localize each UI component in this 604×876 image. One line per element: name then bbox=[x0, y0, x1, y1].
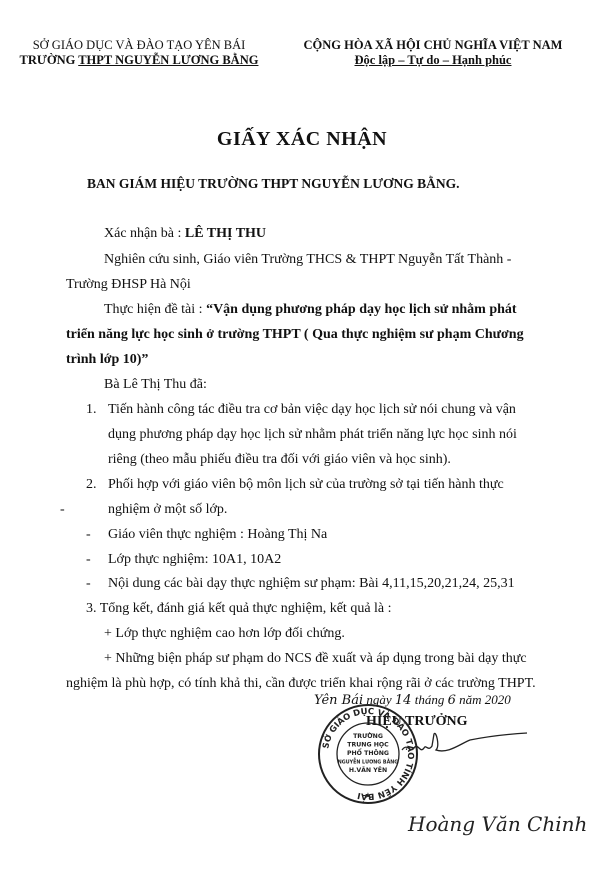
result-2-continued: nghiệm là phù hợp, có tính khả thi, cần … bbox=[66, 675, 536, 693]
topic-line-2: triển năng lực học sinh ở trường THPT ( … bbox=[66, 326, 524, 344]
header-left: SỞ GIÁO DỤC VÀ ĐÀO TẠO YÊN BÁI TRƯỜNG TH… bbox=[8, 38, 270, 68]
svg-text:NGUYỄN LƯƠNG BẰNG: NGUYỄN LƯƠNG BẰNG bbox=[338, 758, 399, 766]
topic-title-part-1: “Vận dụng phương pháp dạy học lịch sử nh… bbox=[206, 302, 517, 317]
svg-text:TRUNG HỌC: TRUNG HỌC bbox=[347, 742, 389, 749]
country-name: CỘNG HÒA XÃ HỘI CHỦ NGHĨA VIỆT NAM bbox=[268, 38, 598, 53]
department-name: SỞ GIÁO DỤC VÀ ĐÀO TẠO YÊN BÁI bbox=[8, 38, 270, 53]
item-2-line-1: Phối hợp với giáo viên bộ môn lịch sử củ… bbox=[108, 476, 504, 494]
bullet-dash: - bbox=[86, 526, 91, 544]
school-name: TRƯỜNG THPT NGUYỄN LƯƠNG BẰNG bbox=[8, 53, 270, 68]
signer-name-handwritten: Hoàng Văn Chinh bbox=[408, 812, 587, 836]
topic-line-1: Thực hiện đề tài : “Vận dụng phương pháp… bbox=[104, 301, 517, 319]
affiliation-line-1: Nghiên cứu sinh, Giáo viên Trường THCS &… bbox=[104, 251, 511, 269]
issuer: BAN GIÁM HIỆU TRƯỜNG THPT NGUYỄN LƯƠNG B… bbox=[87, 176, 460, 192]
svg-text:TRƯỜNG: TRƯỜNG bbox=[353, 731, 383, 740]
motto: Độc lập – Tự do – Hạnh phúc bbox=[268, 53, 598, 68]
header-right: CỘNG HÒA XÃ HỘI CHỦ NGHĨA VIỆT NAM Độc l… bbox=[268, 38, 598, 68]
item-3: 3. Tổng kết, đánh giá kết quả thực nghiệ… bbox=[86, 600, 392, 618]
item-2-line-2: nghiệm ở một số lớp. bbox=[108, 501, 227, 519]
bullet-teacher: Giáo viên thực nghiệm : Hoàng Thị Na bbox=[108, 526, 327, 544]
signature-scribble bbox=[400, 724, 530, 764]
bullet-classes: Lớp thực nghiệm: 10A1, 10A2 bbox=[108, 551, 281, 569]
confirm-label: Xác nhận bà : bbox=[104, 226, 185, 241]
svg-text:H.VĂN YÊN: H.VĂN YÊN bbox=[349, 765, 387, 774]
school-name-underlined: THPT NGUYỄN LƯƠNG BẰNG bbox=[78, 53, 258, 67]
result-2: + Những biện pháp sư phạm do NCS đề xuất… bbox=[104, 650, 527, 668]
item-1-line-1: Tiến hành công tác điều tra cơ bản việc … bbox=[108, 401, 516, 419]
confirm-line: Xác nhận bà : LÊ THỊ THU bbox=[104, 225, 266, 243]
confirmed-person-name: LÊ THỊ THU bbox=[185, 226, 266, 241]
intro-line: Bà Lê Thị Thu đã: bbox=[104, 376, 207, 394]
bullet-dash: - bbox=[86, 575, 91, 593]
bullet-lessons: Nội dung các bài dạy thực nghiệm sư phạm… bbox=[108, 575, 515, 593]
topic-label: Thực hiện đề tài : bbox=[104, 302, 206, 317]
stray-dash: - bbox=[60, 501, 65, 519]
affiliation-line-2: Trường ĐHSP Hà Nội bbox=[66, 276, 191, 294]
document-title: GIẤY XÁC NHẬN bbox=[0, 128, 604, 151]
topic-line-3: trình lớp 10)” bbox=[66, 351, 148, 369]
item-1-line-2: dụng phương pháp dạy học lịch sử nhằm ph… bbox=[108, 426, 517, 444]
svg-text:PHỔ THÔNG: PHỔ THÔNG bbox=[347, 747, 389, 757]
bullet-dash: - bbox=[86, 551, 91, 569]
item-1-line-3: riêng (theo mẫu phiếu điều tra đối với g… bbox=[108, 451, 451, 469]
handwritten-month: 6 bbox=[448, 693, 456, 708]
item-1-number: 1. bbox=[86, 401, 97, 419]
year: năm 2020 bbox=[456, 692, 511, 707]
stamp-star-icon: ★ bbox=[364, 791, 371, 800]
school-prefix: TRƯỜNG bbox=[20, 53, 79, 67]
item-2-number: 2. bbox=[86, 476, 97, 494]
stamp-center-text: TRƯỜNGTRUNG HỌCPHỔ THÔNGNGUYỄN LƯƠNG BẰN… bbox=[338, 731, 399, 774]
result-1: + Lớp thực nghiệm cao hơn lớp đối chứng. bbox=[104, 625, 345, 643]
